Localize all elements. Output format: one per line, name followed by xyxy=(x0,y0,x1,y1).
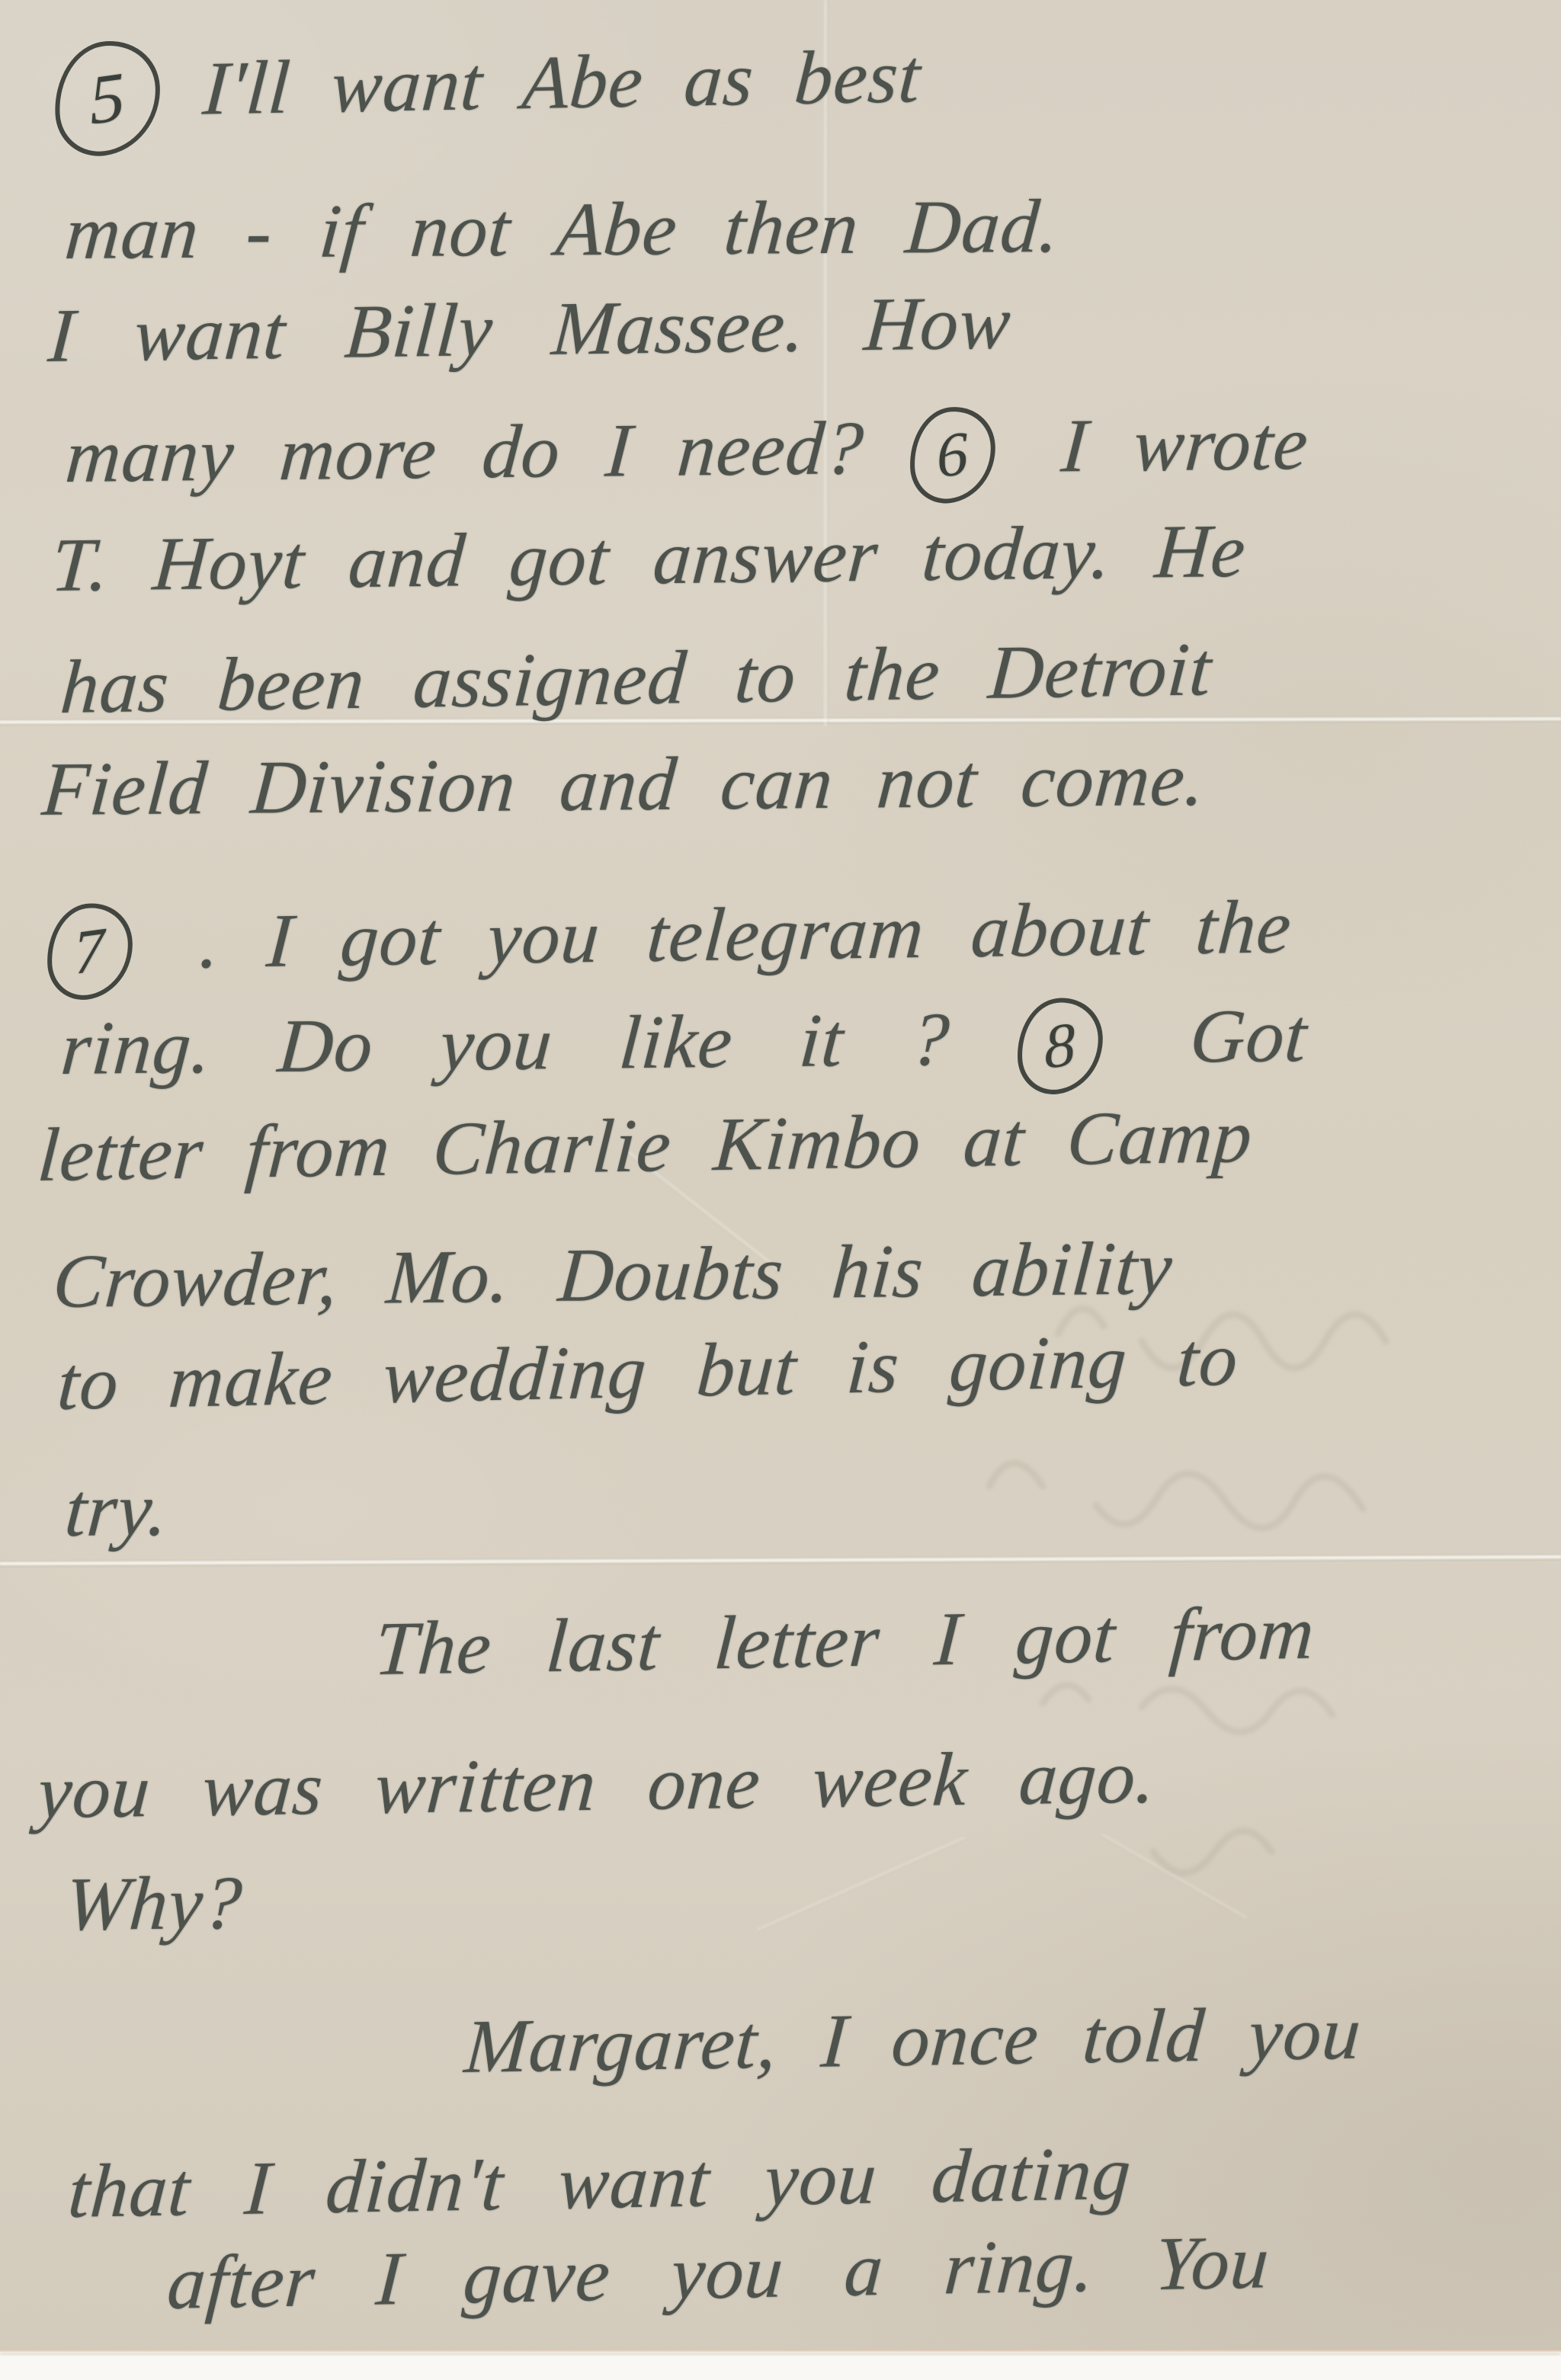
text-segment: I'll want Abe as best xyxy=(200,34,924,131)
handwritten-line-14: The last letter I got from xyxy=(372,1590,1317,1692)
handwritten-line-6: has been assigned to the Detroit xyxy=(58,626,1215,730)
handwritten-line-8: 7 . I got you telegram about the xyxy=(42,884,1294,1000)
circled-number-6: 6 xyxy=(908,402,998,508)
handwritten-line-1: 5I'll want Abe as best xyxy=(50,27,925,156)
text-segment: many more do I need? xyxy=(63,405,912,498)
circled-number-7: 7 xyxy=(45,898,135,1004)
handwritten-line-18: that I didn't want you dating xyxy=(66,2131,1134,2234)
text-segment: Why? xyxy=(63,1860,245,1946)
handwritten-line-2: man - if not Abe then Dad. xyxy=(62,184,1063,276)
text-segment: Field Division and can not come. xyxy=(40,737,1209,831)
fold-crease-lower xyxy=(0,1554,1561,1568)
text-segment: letter from Charlie Kimbo at Camp xyxy=(35,1094,1255,1197)
text-segment: Got xyxy=(1120,993,1311,1080)
handwritten-line-5: T. Hoyt and got answer today. He xyxy=(49,508,1249,608)
letter-page: 5I'll want Abe as bestman - if not Abe t… xyxy=(0,0,1561,2352)
circled-number-8: 8 xyxy=(1015,992,1105,1099)
text-segment: try. xyxy=(63,1467,171,1552)
handwritten-line-12: to make wedding but is going to xyxy=(55,1316,1241,1427)
handwritten-line-11: Crowder, Mo. Doubts his ability xyxy=(50,1225,1176,1325)
handwritten-line-7: Field Division and can not come. xyxy=(40,737,1209,832)
text-segment: man - if not Abe then Dad. xyxy=(63,184,1063,275)
text-segment: T. Hoyt and got answer today. He xyxy=(49,508,1249,607)
text-segment: Crowder, Mo. Doubts his ability xyxy=(50,1225,1176,1324)
text-segment: to make wedding but is going to xyxy=(55,1316,1241,1426)
handwritten-line-15: you was written one week ago. xyxy=(35,1734,1159,1835)
handwritten-line-13: try. xyxy=(63,1467,171,1553)
text-segment: that I didn't want you dating xyxy=(66,2131,1134,2234)
circled-number-5: 5 xyxy=(52,34,163,162)
handwritten-line-3: I want Billy Massee. How xyxy=(46,280,1014,379)
text-segment: Margaret, I once told you xyxy=(462,1990,1364,2089)
text-segment: has been assigned to the Detroit xyxy=(58,626,1215,729)
text-segment: I wrote xyxy=(1013,401,1312,488)
handwritten-line-17: Margaret, I once told you xyxy=(462,1990,1364,2090)
paper-crinkle xyxy=(756,1836,967,1933)
handwritten-line-4: many more do I need? 6 I wrote xyxy=(62,401,1312,512)
letter-scan: 5I'll want Abe as bestman - if not Abe t… xyxy=(0,0,1561,2380)
text-segment: you was written one week ago. xyxy=(35,1734,1159,1834)
handwritten-line-19: after I gave you a ring. You xyxy=(165,2219,1272,2326)
text-segment: I want Billy Massee. How xyxy=(46,280,1014,378)
handwritten-line-16: Why? xyxy=(63,1860,245,1947)
handwritten-line-9: ring. Do you like it ? 8 Got xyxy=(57,993,1310,1104)
text-segment: The last letter I got from xyxy=(372,1590,1317,1691)
text-segment: ring. Do you like it ? xyxy=(58,996,1020,1091)
paper-crinkle xyxy=(1100,1833,1248,1920)
handwritten-line-10: letter from Charlie Kimbo at Camp xyxy=(35,1094,1255,1198)
text-segment: after I gave you a ring. You xyxy=(165,2219,1272,2325)
paper-bottom-edge xyxy=(0,2350,1561,2353)
text-segment: . I got you telegram about the xyxy=(150,884,1295,985)
